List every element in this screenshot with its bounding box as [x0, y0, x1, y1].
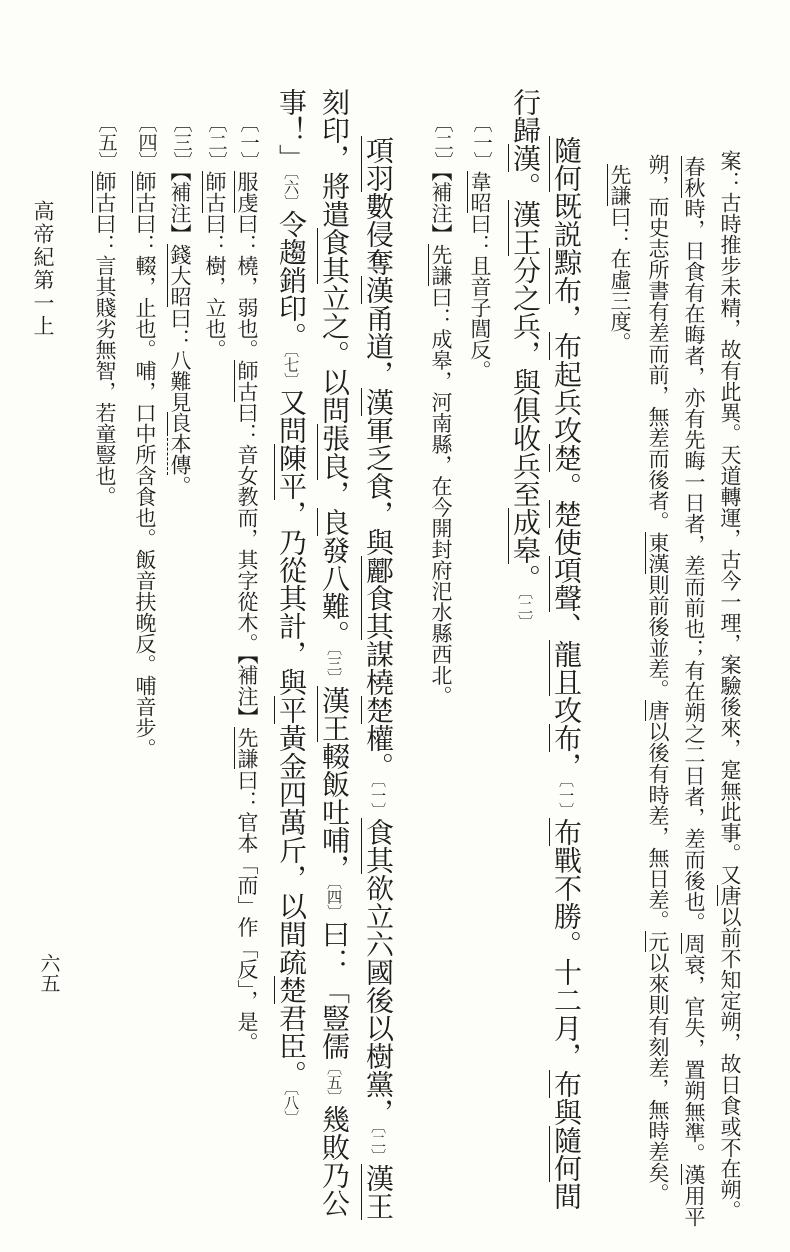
proper-name: 師古 [202, 171, 227, 213]
proper-name: 師古 [234, 360, 259, 402]
plain-text: 甬道， [362, 304, 393, 388]
text-column-d3: 事！」〔六〕令趨銷印。〔七〕又問陳平，乃從其計，與平黃金四萬斤，以間疏楚君臣。〔… [270, 88, 310, 1125]
plain-text: 令趨銷印。 [275, 210, 306, 350]
proper-name: 平 [274, 696, 306, 724]
text-column-c1: 〔一〕韋昭曰：且音子閭反。 [463, 113, 497, 381]
note-number: 〔一〕 [470, 113, 491, 171]
proper-name: 漢 [361, 388, 393, 416]
note-ref: 〔四〕 [325, 882, 341, 920]
proper-name: 布 [549, 332, 581, 360]
proper-name: 春秋 [681, 156, 706, 198]
plain-text: 輟飯吐哺， [318, 742, 349, 882]
plain-text: 戰不勝。十二月， [550, 846, 581, 1070]
plain-text: 則前後並差。 [646, 574, 670, 700]
plain-text: 發八難。 [318, 536, 349, 648]
proper-name: 龍且 [549, 640, 581, 696]
proper-name: 唐 [717, 885, 742, 906]
plain-text: 刻印，將遣 [318, 88, 349, 228]
proper-name: 先謙 [428, 244, 453, 286]
proper-name: 陳平 [274, 444, 306, 500]
proper-name: 漢 [508, 144, 540, 172]
note-ref: 〔一〕 [557, 780, 573, 818]
note-ref: 〔三〕 [325, 648, 341, 686]
proper-name: 周 [681, 933, 706, 954]
proper-name: 錢大昭 [167, 244, 192, 307]
text-column-e2: 〔二〕師古曰：樹，立也。 [198, 113, 232, 360]
text-column-e4: 〔四〕師古曰：輟，止也。哺，口中所含食也。飯音扶晚反。哺音步。 [128, 113, 162, 759]
note-number: 〔五〕 [95, 113, 116, 171]
proper-name: 楚 [274, 976, 306, 1004]
text-column-a3: 朔，而史志所書有差而前，無差而後者。東漢則前後並差。唐以後有時差，無日差。元以來… [641, 154, 674, 1204]
plain-text: 使 [550, 528, 581, 556]
text-column-b2: 行歸漢。漢王分之兵，與俱收兵至成皋。〔二〕 [504, 88, 544, 630]
proper-name: 黥布 [549, 248, 581, 304]
text-column-a1: 案：古時推步未精，故有此異。天道轉運，古今一理，案驗後來，寔無此事。又唐以前不知… [713, 150, 746, 1221]
plain-text: 曰：橈，弱也。 [235, 213, 259, 360]
proper-name: 漢王 [317, 686, 349, 742]
plain-text: 案：古時推步未精，故有此異。天道轉運，古今一理，案驗後來，寔無此事。又 [718, 150, 742, 885]
plain-text: 又問 [275, 388, 306, 444]
plain-text: 幾敗乃公 [318, 1105, 349, 1217]
proper-name: 師古 [132, 171, 157, 213]
plain-text: ， [318, 480, 349, 508]
proper-name: 漢 [681, 1164, 706, 1185]
plain-text: ，乃從其計，與 [275, 500, 306, 696]
proper-name: 東漢 [645, 532, 670, 574]
proper-name: 元 [645, 931, 670, 952]
plain-text: 以後有時差，無日差。 [646, 721, 670, 931]
note-ref: 〔六〕 [282, 172, 298, 210]
book-page: 案：古時推步未精，故有此異。天道轉運，古今一理，案驗後來，寔無此事。又唐以前不知… [0, 0, 790, 1252]
text-column-a2: 春秋時，日食有在晦者，亦有先晦一日者，差而前也；有在朔之二日者，差而後也。周衰，… [677, 156, 710, 1227]
plain-text: 謀橈 [362, 640, 393, 696]
note-ref: 〔二〕 [369, 1126, 385, 1164]
note-ref: 〔七〕 [282, 350, 298, 388]
note-number: 〔二〕 [205, 113, 226, 171]
text-column-b1: 隨何既説黥布，布起兵攻楚。楚使項聲、龍且攻布，〔一〕布戰不勝。十二月，布與隨何間 [545, 136, 585, 1210]
proper-name: 漢 [361, 276, 393, 304]
note-number: 〔三〕 [170, 113, 191, 171]
plain-text: 。 [168, 475, 192, 496]
proper-name: 楚 [361, 696, 393, 724]
plain-text: 曰：音女教而，其字從木。【補注】 [235, 402, 259, 728]
proper-name: 張良 [317, 424, 349, 480]
proper-name: 良 [167, 412, 192, 433]
proper-name: 唐 [645, 700, 670, 721]
plain-text: 既説 [550, 192, 581, 248]
proper-name: 酈食其 [361, 556, 393, 640]
plain-text: 黃金四萬斤，以間疏 [275, 724, 306, 976]
proper-name: 楚 [549, 444, 581, 472]
text-column-e5: 〔五〕師古曰：言其賤劣無智，若童豎也。 [88, 113, 122, 507]
note-ref: 〔八〕 [282, 1088, 298, 1126]
plain-text: 與 [550, 1098, 581, 1126]
proper-name: 先謙 [607, 164, 632, 206]
plain-text: 立之。以問 [318, 284, 349, 424]
plain-text: 曰：官本「而」作「反」，是。 [235, 769, 259, 1053]
note-ref: 〔一〕 [369, 780, 385, 818]
proper-name: 布 [549, 1070, 581, 1098]
proper-name: 漢王 [361, 1164, 393, 1220]
plain-text: 行歸 [509, 88, 540, 144]
plain-text: 曰：「豎儒 [318, 920, 349, 1060]
text-column-e3: 〔三〕【補注】錢大昭曰：八難見良本傳。 [163, 113, 197, 496]
plain-text: 軍乏食，與 [362, 416, 393, 556]
proper-name: 布 [549, 818, 581, 846]
proper-name: 良 [317, 508, 349, 536]
plain-text: 以來則有刻差，無時差矣。 [646, 952, 670, 1204]
note-number: 〔二〕 [431, 113, 452, 171]
proper-name: 師古 [92, 171, 117, 213]
plain-text: ， [550, 304, 581, 332]
plain-text: 起兵攻 [550, 360, 581, 444]
plain-text: 。 [509, 564, 540, 592]
plain-text: 事！」 [275, 88, 306, 172]
plain-text: 【補注】 [429, 171, 453, 245]
plain-text: 曰：成皋，河南縣，在今開封府汜水縣西北。 [429, 286, 453, 706]
plain-text: 朔，而史志所書有差而前，無差而後者。 [646, 154, 670, 532]
plain-text: 時，日食有在晦者，亦有先晦一日者，差而前也；有在朔之二日者，差而後也。 [682, 198, 706, 933]
proper-name: 韋昭 [467, 171, 492, 213]
text-column-d2: 刻印，將遣食其立之。以問張良，良發八難。〔三〕漢王輟飯吐哺，〔四〕曰：「豎儒〔五… [313, 88, 353, 1217]
plain-text: 曰：樹，立也。 [203, 213, 227, 360]
text-column-d1: 項羽數侵奪漢甬道，漢軍乏食，與酈食其謀橈楚權。〔一〕食其欲立六國後以樹黨，〔二〕… [357, 136, 397, 1220]
proper-name: 食其 [317, 228, 349, 284]
plain-text: 衰，官失，置朔無準。 [682, 954, 706, 1164]
text-column-c2: 〔二〕【補注】先謙曰：成皋，河南縣，在今開封府汜水縣西北。 [424, 113, 458, 706]
plain-text: 。 [550, 472, 581, 500]
proper-name: 楚 [549, 500, 581, 528]
text-column-a4: 先謙曰：在虛三度。 [603, 164, 636, 353]
note-number: 〔一〕 [237, 113, 258, 171]
proper-name: 成皋 [508, 508, 540, 564]
text-column-e1: 〔一〕服虔曰：橈，弱也。師古曰：音女教而，其字從木。【補注】先謙曰：官本「而」作… [230, 113, 264, 1053]
plain-text: 間 [550, 1182, 581, 1210]
proper-name: 項羽 [361, 136, 393, 192]
plain-text: 。 [509, 172, 540, 200]
proper-name: 項聲 [549, 556, 581, 612]
plain-text: 、 [550, 612, 581, 640]
plain-text: 曰：言其賤劣無智，若童豎也。 [93, 213, 117, 507]
plain-text: 曰：八難見 [168, 307, 192, 412]
plain-text: 君臣。 [275, 1004, 306, 1088]
note-ref: 〔五〕 [325, 1060, 341, 1105]
plain-text: 以前不知定朔，故日食或不在朔。 [718, 906, 742, 1221]
chapter-title: 高帝紀第一上 [28, 200, 58, 338]
proper-name: 服虔 [234, 171, 259, 213]
plain-text: 分之兵，與俱收兵至 [509, 256, 540, 508]
book-title: 本傳 [167, 433, 192, 475]
proper-name: 隨何 [549, 136, 581, 192]
plain-text: 數侵奪 [362, 192, 393, 276]
plain-text: 曰：輟，止也。哺，口中所含食也。飯音扶晚反。哺音步。 [133, 213, 157, 759]
plain-text: 曰：在虛三度。 [608, 206, 632, 353]
proper-name: 漢王 [508, 200, 540, 256]
plain-text: 欲立六國後以樹黨， [362, 874, 393, 1126]
note-number: 〔四〕 [135, 113, 156, 171]
plain-text: 曰：且音子閭反。 [468, 213, 492, 381]
proper-name: 食其 [361, 818, 393, 874]
folio-number: 六五 [34, 953, 62, 993]
plain-text: 【補注】 [168, 171, 192, 245]
plain-text: 權。 [362, 724, 393, 780]
plain-text: ， [550, 752, 581, 780]
proper-name: 隨何 [549, 1126, 581, 1182]
plain-text: 用平 [682, 1185, 706, 1227]
note-ref: 〔二〕 [516, 592, 532, 630]
plain-text: 攻 [550, 696, 581, 724]
proper-name: 先謙 [234, 727, 259, 769]
proper-name: 布 [549, 724, 581, 752]
